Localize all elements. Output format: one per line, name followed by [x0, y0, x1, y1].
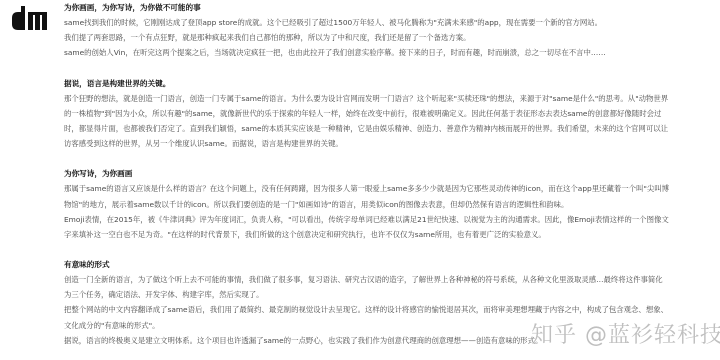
- paragraph-line: same的创始人Vin，在听完这两个提案之后，当场就决定疯狂一把，也由此拉开了我…: [64, 45, 714, 60]
- paragraph-line: Emoji表情，在2015年，被《牛津词典》评为年度词汇，负责人称，"可以看出，…: [64, 212, 714, 227]
- section-heading: 为你写诗，为你画画: [64, 166, 714, 181]
- section-language-key: 据说，语言是构建世界的关键。 那个狂野的想法，就是创造一门语言，创造一门专属于s…: [64, 76, 714, 152]
- section-heading: 有意味的形式: [64, 257, 714, 272]
- paragraph-line: 把整个网站的中文内容翻译成了same语后，我们用了最简约、最克制的视觉设计去呈现…: [64, 302, 714, 317]
- paragraph-line: 的一株植物"到"因为小众，所以有趣"的same，就像新世代的乐于探索的年轻人一样…: [64, 106, 714, 121]
- dm-logo-icon: [10, 4, 50, 32]
- paragraph-line: 我们提了两套思路，一个有点狂野，就是那种疯起来我们自己都怕的那种，所以为了中和尺…: [64, 30, 714, 45]
- section-heading: 为你画画，为你写诗，为你做不可能的事: [64, 0, 714, 15]
- paragraph-line: 物馆"的地方，展示着same数以千计的icon。所以我们要创造的是一门"如画如诗…: [64, 197, 714, 212]
- paragraph-line: 那个狂野的想法，就是创造一门语言，创造一门专属于same的语言。为什么要为设计官…: [64, 91, 714, 106]
- paragraph-line: 时，都显得片面，也都被我们否定了。直到我们颖悟，same的本质其实应该是一种精神…: [64, 121, 714, 136]
- paragraph-line: 为三个任务，确定语法、开发字体、构建字库，然后实现了。: [64, 287, 714, 302]
- paragraph-line: same找到我们的时候，它刚刚达成了登顶app store的成就。这个已经吸引了…: [64, 15, 714, 30]
- section-spacer: [64, 242, 714, 257]
- paragraph-line: 访客感受到这样的世界，从另一个维度认识same。而据说，语言是构建世界的关键。: [64, 136, 714, 151]
- section-spacer: [64, 61, 714, 76]
- section-heading: 据说，语言是构建世界的关键。: [64, 76, 714, 91]
- paragraph-line: 字来填补这一空白也不足为奇。"在这样的时代背景下，我们所做的这个创意决定和研究执…: [64, 227, 714, 242]
- section-poem-painting: 为你写诗，为你画画 那属于same的语言又应该是什么样的语言？在这个问题上，没有…: [64, 166, 714, 242]
- section-intro: 为你画画，为你写诗，为你做不可能的事 same找到我们的时候，它刚刚达成了登顶a…: [64, 0, 714, 61]
- section-spacer: [64, 151, 714, 166]
- zhihu-watermark: 知乎 @蓝衫轻科技: [531, 318, 720, 349]
- dm-logo: [10, 4, 50, 32]
- article-body: 为你画画，为你写诗，为你做不可能的事 same找到我们的时候，它刚刚达成了登顶a…: [64, 0, 714, 348]
- paragraph-line: 那属于same的语言又应该是什么样的语言？在这个问题上，没有任何踌躇，因为很多人…: [64, 181, 714, 196]
- paragraph-line: 创造一门全新的语言，为了做这个听上去不可能的事情，我们做了很多事，复习语法、研究…: [64, 272, 714, 287]
